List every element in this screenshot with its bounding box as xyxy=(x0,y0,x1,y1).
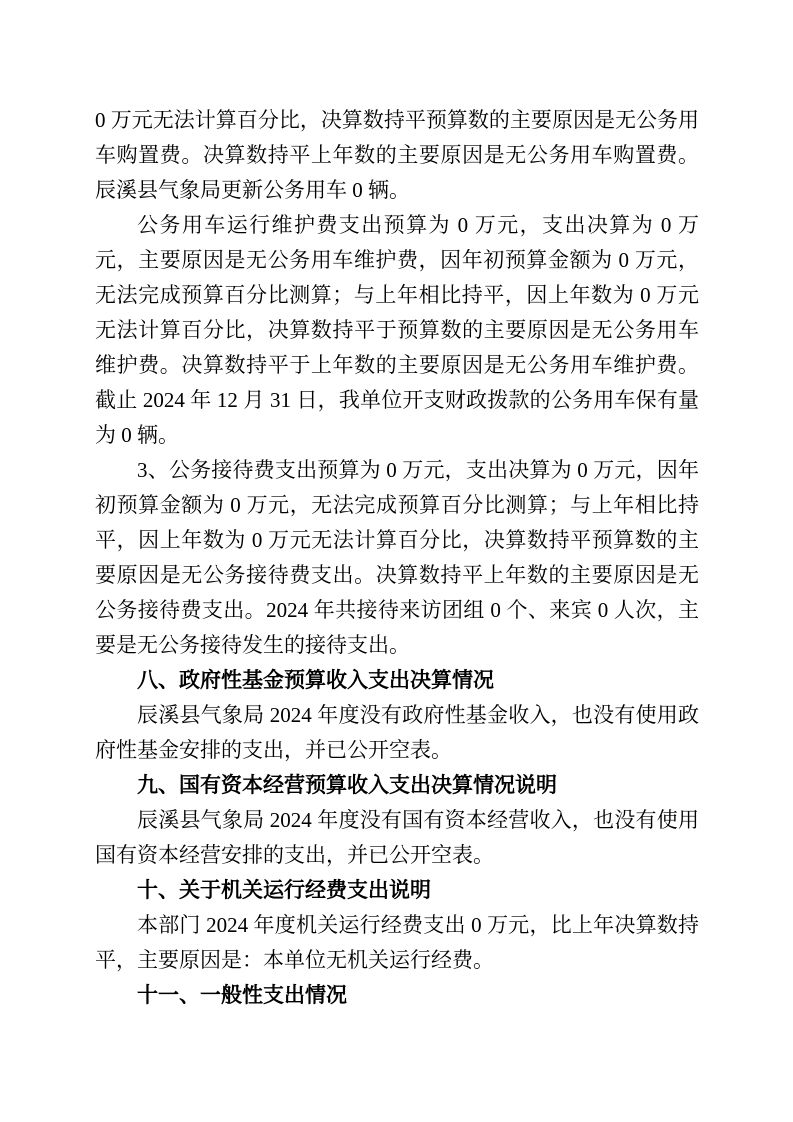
section-heading-government-funds: 八、政府性基金预算收入支出决算情况 xyxy=(95,663,699,698)
paragraph-vehicle-purchase-continued: 0 万元无法计算百分比，决算数持平预算数的主要原因是无公务用车购置费。决算数持平… xyxy=(95,103,699,208)
paragraph-state-capital: 辰溪县气象局 2024 年度没有国有资本经营收入，也没有使用国有资本经营安排的支… xyxy=(95,803,699,873)
paragraph-vehicle-maintenance: 公务用车运行维护费支出预算为 0 万元，支出决算为 0 万元，主要原因是无公务用… xyxy=(95,208,699,453)
section-heading-general-expenditure: 十一、一般性支出情况 xyxy=(95,978,699,1013)
paragraph-official-reception: 3、公务接待费支出预算为 0 万元，支出决算为 0 万元，因年初预算金额为 0 … xyxy=(95,453,699,663)
paragraph-government-funds: 辰溪县气象局 2024 年度没有政府性基金收入，也没有使用政府性基金安排的支出，… xyxy=(95,698,699,768)
document-page: 0 万元无法计算百分比，决算数持平预算数的主要原因是无公务用车购置费。决算数持平… xyxy=(0,0,793,1122)
paragraph-operating-expenses: 本部门 2024 年度机关运行经费支出 0 万元，比上年决算数持平，主要原因是：… xyxy=(95,908,699,978)
document-content: 0 万元无法计算百分比，决算数持平预算数的主要原因是无公务用车购置费。决算数持平… xyxy=(95,103,699,1013)
section-heading-operating-expenses: 十、关于机关运行经费支出说明 xyxy=(95,873,699,908)
section-heading-state-capital: 九、国有资本经营预算收入支出决算情况说明 xyxy=(95,768,699,803)
